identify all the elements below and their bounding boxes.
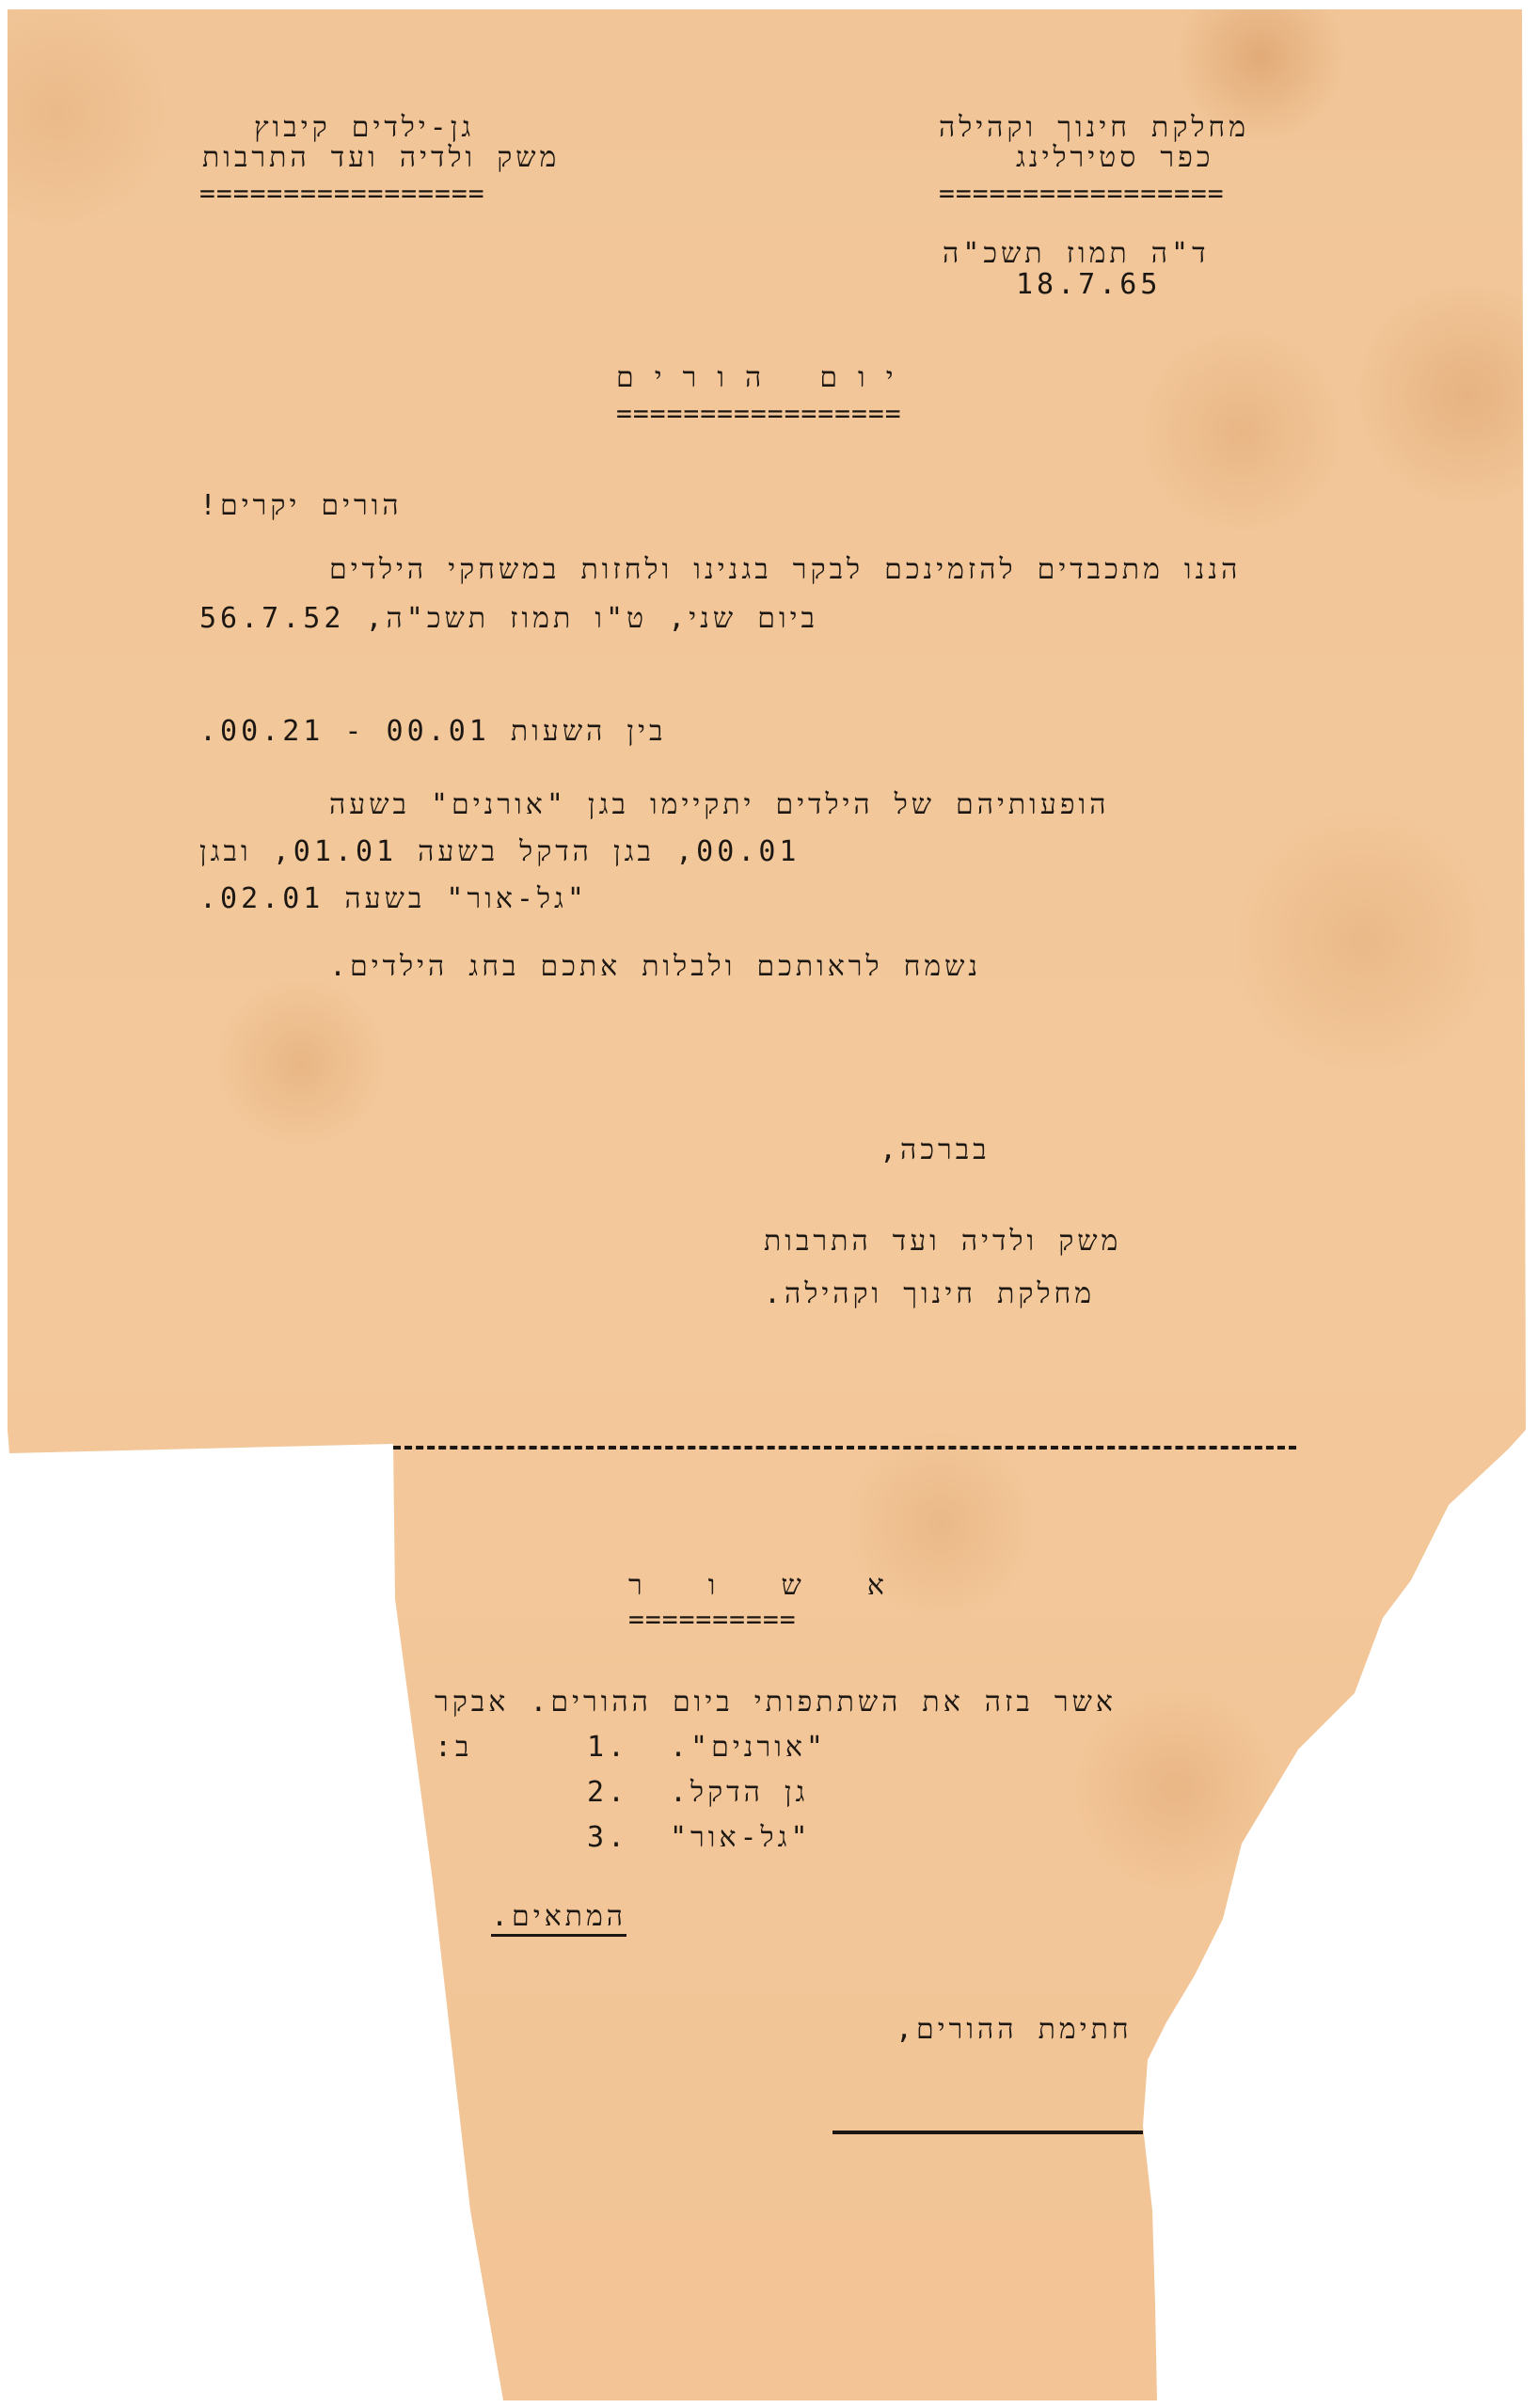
header-left-rule: ================= — [199, 184, 485, 203]
slip-title: א ש ו ר — [628, 1569, 909, 1603]
slip-option-1-number: 1. — [587, 1731, 628, 1765]
gregorian-date: 18.7.65 — [1016, 268, 1161, 302]
hebrew-date: ד"ה תמוז תשכ"ה — [943, 237, 1210, 271]
slip-option-2-number: 2. — [587, 1776, 628, 1810]
signature-line1: משק ולדיה ועד התרבות — [764, 1225, 1121, 1259]
tear-off-dashed-line — [393, 1446, 1296, 1450]
header-right-line2: כפר סטירלינג — [1016, 141, 1214, 175]
slip-signature-label: חתימת ההורים, — [896, 2013, 1133, 2047]
title-rule: ================= — [616, 404, 902, 423]
body-line-7: נשמח לראותכם ולבלות אתכם בחג הילדים. — [329, 950, 981, 984]
slip-intro-cont: ב: — [435, 1731, 473, 1765]
header-left-line2: משק ולדיה ועד התרבות — [202, 141, 560, 175]
body-line-4: הופעותיהם של הילדים יתקיימו בגן "אורנים"… — [329, 788, 1109, 822]
header-right-rule: ================= — [939, 184, 1225, 203]
slip-intro: אשר בזה את השתתפותי ביום ההורים. אבקר — [435, 1686, 1117, 1719]
slip-title-rule: ========== — [628, 1610, 797, 1629]
header-right-line1: מחלקת חינוך וקהילה — [939, 111, 1249, 145]
header-left-line1: גן-ילדים קיבוץ — [254, 111, 474, 145]
signature-line2: מחלקת חינוך וקהילה. — [764, 1277, 1095, 1311]
salutation: הורים יקרים! — [199, 489, 403, 523]
body-line-1: הננו מתכבדים להזמינכם לבקר בגנינו ולחזות… — [329, 553, 1241, 587]
signature-line[interactable] — [832, 2131, 1143, 2134]
slip-option-3[interactable]: "גל-אור" — [670, 1821, 812, 1855]
body-line-2: ביום שני, ט"ו תמוז תשכ"ה, 25.7.65 — [199, 602, 818, 636]
slip-underlined-fragment: המתאים. — [491, 1900, 626, 1937]
slip-option-1[interactable]: "אורנים". — [670, 1731, 827, 1765]
body-line-5: 10.00, בגן הדקל בשעה 10.10, ובגן — [199, 835, 800, 869]
document-title: יום הורים — [616, 361, 914, 395]
body-line-6: "גל-אור" בשעה 10.20. — [199, 882, 588, 916]
body-line-3: בין השעות 10.00 - 12.00. — [199, 715, 666, 749]
closing: בברכה, — [880, 1133, 991, 1167]
slip-option-3-number: 3. — [587, 1821, 628, 1855]
slip-option-2[interactable]: גן הדקל. — [670, 1776, 808, 1810]
